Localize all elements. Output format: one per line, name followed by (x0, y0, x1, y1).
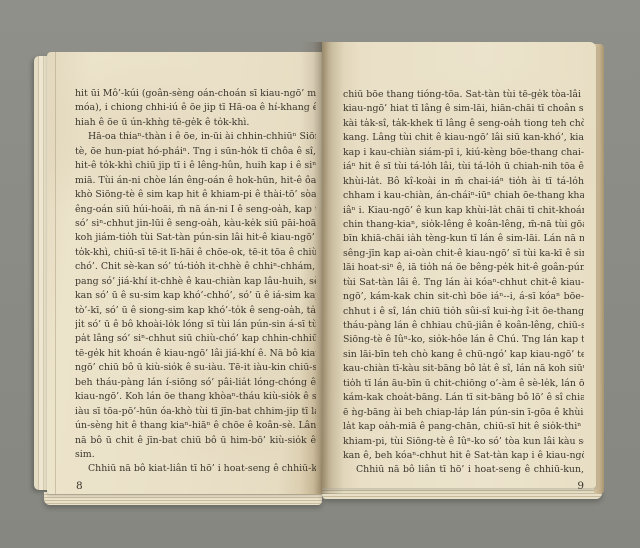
text-line: nā bô ū chit ê jīn-bat chiū bô ū him-bō’… (75, 434, 316, 448)
text-line: tùi Sat-tàn lâi ê. Tng lán ài kóaⁿ-chhut… (343, 276, 584, 290)
text-line: pang só’ jiá-khí it-chhè ê kau-chiàn kap… (75, 275, 316, 289)
text-line: kan ê, beh kóaⁿ-chhut hit ê Sat-tàn kap … (343, 449, 584, 463)
text-line: lāi hoat-siⁿ ê, iā tio̍h ná ōe bêng-pe̍k… (343, 261, 584, 275)
left-page-text: hit ūi Mô’-kúi (goân-sèng oán-choán sī k… (75, 87, 316, 477)
text-line: khò Siōng-tè ê sim kap hit ê khiam-pi ê … (75, 188, 316, 202)
text-line: kiau-ngō’. Koh lán ōe thang khòaⁿ-tháu k… (75, 390, 316, 404)
text-line: ngō’ chiū bô ū kiù-sio̍k ê su-iàu. Tē-it… (75, 361, 316, 375)
text-line: kap i kau-chiàn siám-pī i, kiú-kèng bōe-… (343, 146, 584, 160)
text-line: bīn khiā-chāi ia̍h tèng-kun tī lán ê sim… (343, 232, 584, 246)
text-line: tio̍h tī lán āu-bīn ū chit-chiōng o’-àm … (343, 377, 584, 391)
text-line: kau-chiàn tī-kàu sit-bāng bô la̍t ê sî, … (343, 362, 584, 376)
text-line: pa̍t lâng só’ siⁿ-chhut siū chiù-chó’ ka… (75, 332, 316, 346)
text-line: chó’. Chit sè-kan só’ tú-tio̍h it-chhè ê… (75, 260, 316, 274)
text-line: hit-ê to̍k-khì chiū jip tī i ê lêng-hûn,… (75, 159, 316, 173)
text-line: iáⁿ hit ê sī tùi tá-lo̍h lâi, tùi tá-lo̍… (343, 160, 584, 174)
text-line: ún-sèng hit ê thang kiaⁿ-hiāⁿ ê chōe ê k… (75, 419, 316, 433)
text-line: tè, ōe hun-piat hó-pháiⁿ. Tng i sūn-ho̍k… (75, 145, 316, 159)
text-line: tháu-pàng lán ê chhiau chū-jiân ê koân-l… (343, 319, 584, 333)
text-line: ji̍t só’ ū ê bô khoài-lo̍k lóng sī tùi l… (75, 318, 316, 332)
right-page: chiū bōe thang tióng-tōa. Sat-tàn tùi tē… (322, 42, 596, 488)
text-line: Hā-oa thiaⁿ-thàn i ê ōe, in-ūi ài chhin-… (75, 130, 316, 144)
right-page-text: chiū bōe thang tióng-tōa. Sat-tàn tùi tē… (343, 88, 584, 478)
page-number-left: 8 (76, 480, 83, 492)
photo-background: hit ūi Mô’-kúi (goân-sèng oán-choán sī k… (0, 0, 640, 548)
text-line: Chhiū nā bô kiat-liân tī hō’ i hoat-seng… (75, 462, 316, 476)
text-line: chhut i ê sî, lán chiū tio̍h sûi-sî kui-… (343, 305, 584, 319)
text-line: iâⁿ i. Kiau-ngō’ ê kun kap khùi-la̍t chā… (343, 204, 584, 218)
text-line: to̍k-khì, chiū-sī tē-it lī-hāi ê chōe-ok… (75, 246, 316, 260)
text-line: la̍t kap oa̍h-miā ê pang-chān, chiū-sī h… (343, 420, 584, 434)
book: hit ūi Mô’-kúi (goân-sèng oán-choán sī k… (34, 42, 604, 502)
text-line: hit ūi Mô’-kúi (goân-sèng oán-choán sī k… (75, 87, 316, 101)
text-line: kan só’ ū ê su-sim kap khó’-chhó’, só’ ū… (75, 289, 316, 303)
text-line: móa), i chiong chhi-iú ê ōe jip tī Hā-oa… (75, 101, 316, 115)
text-line: iàu sī tōa-pō’-hūn óa-khò tùi tī jīn-bat… (75, 405, 316, 419)
text-line: êng-oán siū húi-hoāi, m̄ nā án-ni I ê se… (75, 203, 316, 217)
text-line: khùi-la̍t. Bô kî-koài in m̄ chai-iáⁿ tio… (343, 175, 584, 189)
text-line: hiah ê ōe ū ún-khǹg tē-ge̍k ê to̍k-khì. (75, 116, 316, 130)
text-line: tē-ge̍k hit khoán ê kiau-ngō’ lâi jiá-kh… (75, 347, 316, 361)
text-line: sêng-jīn kap ai-oàn chit-ê kiau-ngō’ sī … (343, 247, 584, 261)
text-line: sim. (75, 448, 316, 462)
text-line: sin lāi-bīn teh chò kang ê chū-ngó’ kap … (343, 348, 584, 362)
text-line: chin thang-kiaⁿ, sio̍k-lêng ê koân-lêng,… (343, 218, 584, 232)
text-line: Chhiū nā bô liân tī hō’ i hoat-seng ê ch… (343, 463, 584, 477)
text-line: tò’-kī, só’ ū ê siong-sim kap khó’-to̍k … (75, 304, 316, 318)
text-line: chham i kau-chiàn, án-cháiⁿ-iūⁿ chiah ōe… (343, 189, 584, 203)
text-line: kám-kak choa̍t-bāng. Lán tī sit-bāng bô … (343, 391, 584, 405)
text-line: só’ siⁿ-chhut jin-lūi ê seng-oa̍h, kàu-k… (75, 217, 316, 231)
text-line: ngō’, kám-kak chin sit-chì bōe iáⁿ--i, á… (343, 290, 584, 304)
left-page: hit ūi Mô’-kúi (goân-sèng oán-choán sī k… (47, 52, 322, 494)
text-line: kài ta̍k-sî, ta̍k-khek tī lâng ê seng-oa… (343, 117, 584, 131)
text-line: koh jiám-tio̍h tùi Sat-tàn pún-sin lâi h… (75, 231, 316, 245)
text-line: khiam-pi, tùi Siōng-tè ê Iûⁿ-ko só’ tòa … (343, 435, 584, 449)
text-line: kiau-ngō’ hiat tī lâng ê sim-lāi, hiān-c… (343, 102, 584, 116)
page-number-right: 9 (343, 480, 584, 492)
text-line: ē ǹg-bāng ài beh chiap-la̍p lán pún-sin … (343, 406, 584, 420)
text-line: miā. Tùi án-ni chòe lán êng-oán ê hok-hū… (75, 174, 316, 188)
text-line: chiū bōe thang tióng-tōa. Sat-tàn tùi tē… (343, 88, 584, 102)
text-line: beh tháu-pàng lán í-siōng só’ pâi-lia̍t … (75, 376, 316, 390)
text-line: kang. Lâng tùi chit ê kiau-ngō’ lâi siū … (343, 131, 584, 145)
text-line: Siōng-tè ê Iûⁿ-ko, sio̍k-hôe lán ê Chú. … (343, 333, 584, 347)
